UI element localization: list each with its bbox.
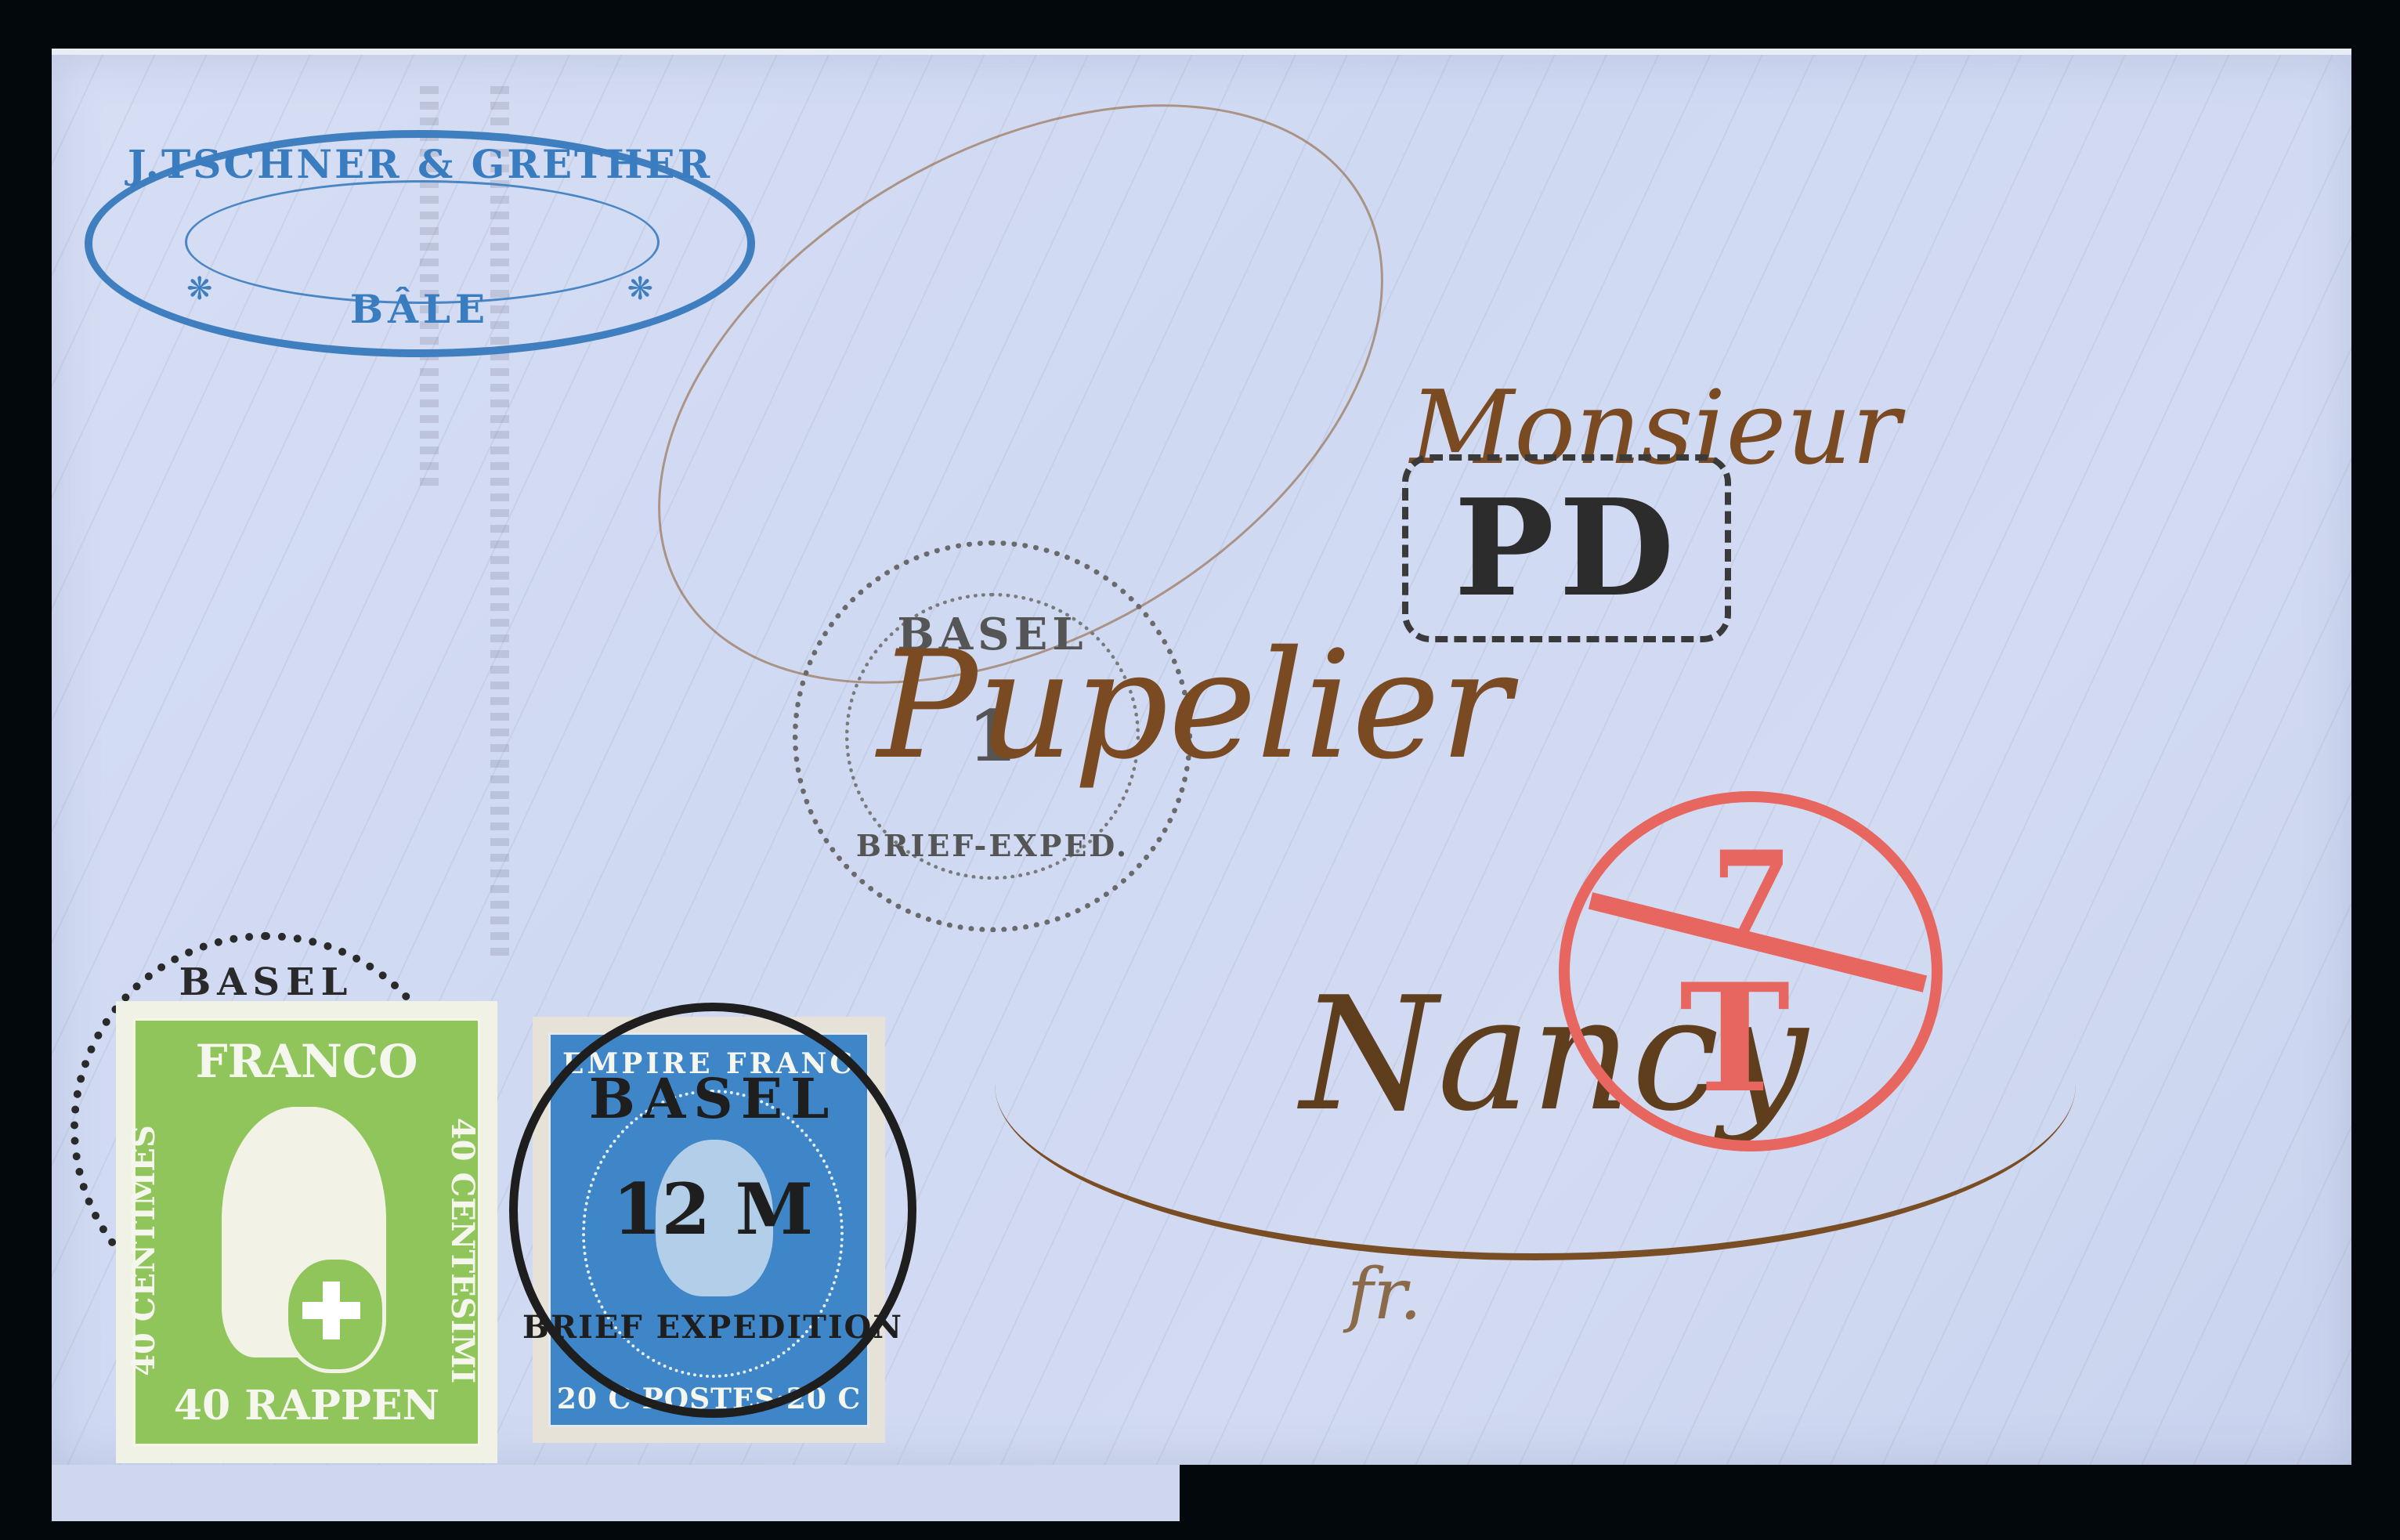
partial-postmark-town: BASEL (78, 960, 454, 1004)
sender-city: BÂLE (92, 286, 747, 332)
basel-datestamp-office: BRIEF EXPEDITION (518, 1309, 908, 1346)
pd-paid-marking: PD (1402, 454, 1731, 642)
address-note: fr. (1347, 1253, 1422, 1336)
stamp-left-text: 40 CENTIMES (125, 1125, 162, 1376)
address-recipient: Pupelier (877, 619, 1511, 792)
basel-datestamp: BASEL 12 M BRIEF EXPEDITION (509, 1003, 916, 1418)
stamp-bottom-text: 40 RAPPEN (136, 1382, 478, 1430)
entry-marking-letter: T (1679, 951, 1790, 1126)
sender-oval-handstamp: J.TSCHNER & GRETHER ❋ ❋ BÂLE (85, 130, 755, 357)
letter-bottom-flap (52, 1457, 1180, 1521)
transit-postmark-office: BRIEF-EXPED. (798, 828, 1187, 863)
stamp-frame: FRANCO 40 CENTIMES 40 CENTESIMI 40 RAPPE… (133, 1018, 480, 1446)
swiss-shield-icon (284, 1256, 386, 1373)
stamp-top-text: FRANCO (136, 1035, 478, 1088)
sender-name: J.TSCHNER & GRETHER (92, 141, 747, 187)
basel-datestamp-town: BASEL (518, 1066, 908, 1131)
entry-marking-number: 7 (1711, 826, 1792, 963)
basel-datestamp-date: 12 M (518, 1168, 908, 1251)
entry-marking: 7 T (1559, 791, 1943, 1151)
stamp-right-text: 40 CENTESIMI (444, 1118, 481, 1383)
stamp-swiss-40-rappen: FRANCO 40 CENTIMES 40 CENTESIMI 40 RAPPE… (116, 1001, 497, 1463)
